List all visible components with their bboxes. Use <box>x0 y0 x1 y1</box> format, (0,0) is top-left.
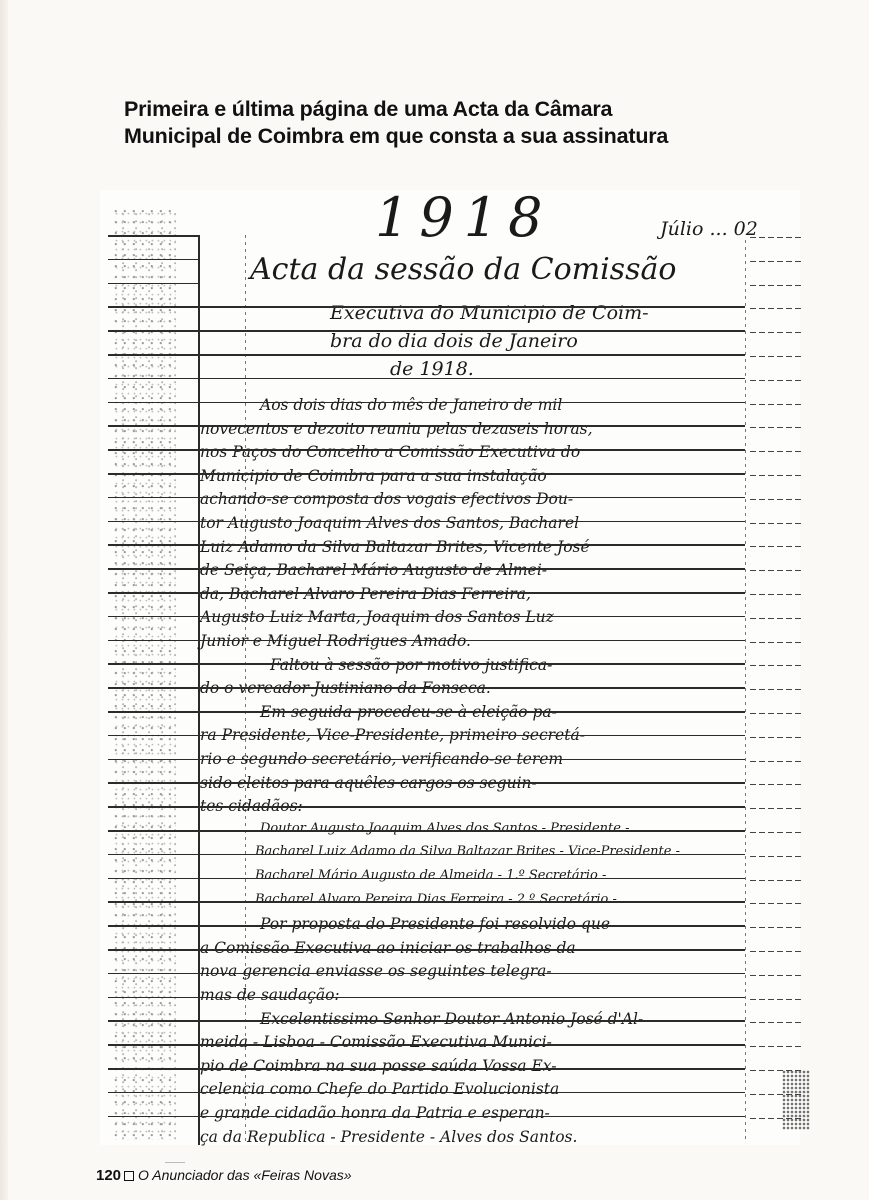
right-margin-dash-line <box>750 404 802 405</box>
acta-body-line: nos Paços do Concelho a Comissão Executi… <box>200 443 580 461</box>
acta-body-line: Augusto Luiz Marta, Joaquim dos Santos L… <box>200 608 554 626</box>
year-header: 1918 <box>375 186 552 249</box>
acta-body-line: Bacharel Alvaro Pereira Dias Ferreira - … <box>255 892 617 907</box>
right-margin-dash-line <box>750 594 802 595</box>
acta-body-line: Bacharel Luiz Adamo da Silva Baltazar Br… <box>255 844 680 859</box>
acta-body-line: meida - Lisboa - Comissão Executiva Muni… <box>200 1033 552 1051</box>
right-margin-dash-line <box>750 713 802 714</box>
right-margin-dash-line <box>750 308 802 309</box>
right-margin-dash-line <box>750 285 802 286</box>
right-margin-dash-line <box>750 927 802 928</box>
ruled-line <box>108 378 745 380</box>
right-margin-dash-line <box>750 499 802 500</box>
acta-body-line: ça da Republica - Presidente - Alves dos… <box>200 1128 577 1146</box>
ruled-line <box>108 735 745 737</box>
right-margin-dash-line <box>750 737 802 738</box>
right-margin-dash-line <box>750 475 802 476</box>
ruled-line <box>108 997 745 999</box>
ruled-line <box>108 592 745 594</box>
caption-line-2: Municipal de Coimbra em que consta a sua… <box>124 123 824 150</box>
ruled-line <box>108 901 745 903</box>
ruled-line <box>108 354 745 356</box>
acta-title-line-3: bra do dia dois de Janeiro <box>330 330 578 352</box>
figure-caption: Primeira e última página de uma Acta da … <box>124 96 824 150</box>
right-margin-dash-line <box>750 1070 802 1071</box>
ruled-line <box>108 854 745 856</box>
right-margin-dash-line <box>750 761 802 762</box>
right-margin-dash-line <box>750 784 802 785</box>
right-margin-dash-line <box>750 689 802 690</box>
page-number: 120 <box>96 1167 121 1184</box>
ruled-line <box>108 473 745 475</box>
publication-title: O Anunciador das «Feiras Novas» <box>138 1167 351 1183</box>
acta-body-line: de Seiça, Bacharel Mário Augusto de Alme… <box>200 561 547 579</box>
ruled-line <box>108 1044 745 1046</box>
ruled-line <box>108 568 745 570</box>
acta-body-line: celencia como Chefe do Partido Evolucion… <box>200 1080 559 1098</box>
page-gutter-edge <box>0 0 8 1200</box>
right-margin-dash-line <box>750 951 802 952</box>
ruled-line <box>108 306 745 308</box>
acta-title-line-1: Acta da sessão da Comissão <box>250 252 676 287</box>
acta-body-line: pio de Coimbra na sua posse saúda Vossa … <box>200 1057 557 1075</box>
right-margin-dash-line <box>750 380 802 381</box>
right-margin-dash-line <box>750 999 802 1000</box>
ruled-line <box>108 759 745 761</box>
right-margin-dotted-rule <box>745 240 746 1140</box>
right-margin-dash-line <box>750 1094 802 1095</box>
ruled-line <box>108 283 198 285</box>
acta-body-line: Bacharel Mário Augusto de Almeida - 1.º … <box>255 868 606 883</box>
ruled-line <box>108 878 745 880</box>
acta-body-line: Luiz Adamo da Silva Baltazar Brites, Vic… <box>200 538 590 556</box>
acta-title-line-2: Executiva do Municipio de Coim- <box>330 302 649 324</box>
right-margin-dash-line <box>750 570 802 571</box>
right-margin-dash-line <box>750 451 802 452</box>
acta-title-line-4: de 1918. <box>390 358 474 380</box>
right-margin-dash-line <box>750 975 802 976</box>
acta-body-line: Aos dois dias do mês de Janeiro de mil <box>260 396 562 414</box>
ruled-line <box>108 1068 745 1070</box>
acta-body-line: Municipio de Coimbra para a sua instalaç… <box>200 467 547 485</box>
ruled-line <box>108 973 745 975</box>
right-margin-dash-line <box>750 261 802 262</box>
acta-body-line: tor Augusto Joaquim Alves dos Santos, Ba… <box>200 514 579 532</box>
ruled-line <box>108 1092 745 1094</box>
right-margin-dash-line <box>750 546 802 547</box>
right-margin-dash-line <box>750 237 802 238</box>
acta-body-line: Excelentissimo Senhor Doutor Antonio Jos… <box>260 1010 643 1028</box>
footer-rule <box>165 1162 185 1163</box>
acta-body-line: nova gerencia enviasse os seguintes tele… <box>200 962 552 980</box>
acta-body-line: a Comissão Executiva ao iniciar os traba… <box>200 939 576 957</box>
ruled-line <box>108 330 745 332</box>
ruled-line <box>108 521 745 523</box>
caption-line-1: Primeira e última página de uma Acta da … <box>124 96 824 123</box>
ruled-line <box>108 830 745 832</box>
right-margin-dash-line <box>750 1046 802 1047</box>
ruled-line <box>108 640 745 642</box>
ruled-line <box>108 663 745 665</box>
right-margin-dash-line <box>750 356 802 357</box>
right-margin-dash-line <box>750 903 802 904</box>
ruled-line <box>108 1020 745 1022</box>
ruled-line <box>108 235 198 237</box>
ruled-line <box>108 711 745 713</box>
top-right-signature: Júlio ... 02 <box>660 218 758 240</box>
ruled-line <box>108 425 745 427</box>
ruled-line <box>108 402 745 404</box>
ruled-line <box>108 782 745 784</box>
ruled-line <box>108 497 745 499</box>
right-margin-dash-line <box>750 880 802 881</box>
acta-body-line: achando-se composta dos vogais efectivos… <box>200 490 573 508</box>
acta-body-line: e grande cidadão honra da Patria e esper… <box>200 1104 550 1122</box>
acta-body-line: da, Bacharel Alvaro Pereira Dias Ferreir… <box>200 585 531 603</box>
ruled-line <box>108 949 745 951</box>
ruled-line <box>108 806 745 808</box>
acta-body-line: Doutor Augusto Joaquim Alves dos Santos … <box>260 821 630 836</box>
right-margin-dash-line <box>750 332 802 333</box>
ruled-line <box>108 1116 745 1118</box>
right-margin-dash-line <box>750 832 802 833</box>
ruled-line <box>108 687 745 689</box>
ruled-line <box>108 449 745 451</box>
acta-body-line: Por proposta do Presidente foi resolvido… <box>260 915 610 933</box>
acta-body-line: novecentos e dezoito reuniu pelas dezase… <box>200 420 593 438</box>
right-margin-dash-line <box>750 665 802 666</box>
ruled-line <box>108 616 745 618</box>
right-margin-dash-line <box>750 427 802 428</box>
right-margin-dash-line <box>750 808 802 809</box>
manuscript-scan: 1918 Júlio ... 02 Acta da sessão da Comi… <box>100 190 800 1145</box>
scan-noise-left <box>114 210 176 1140</box>
ruled-line <box>108 544 745 546</box>
scan-noise-right <box>782 1070 810 1130</box>
right-margin-dash-line <box>750 1022 802 1023</box>
square-bullet-icon <box>124 1171 134 1181</box>
page-footer: 120O Anunciador das «Feiras Novas» <box>96 1167 352 1184</box>
right-margin-dash-line <box>750 1118 802 1119</box>
ruled-line <box>108 925 745 927</box>
ruled-line <box>108 259 198 261</box>
right-margin-dash-line <box>750 856 802 857</box>
right-margin-dash-line <box>750 618 802 619</box>
right-margin-dash-line <box>750 523 802 524</box>
acta-body-line: mas de saudação: <box>200 986 340 1004</box>
right-margin-dash-line <box>750 642 802 643</box>
